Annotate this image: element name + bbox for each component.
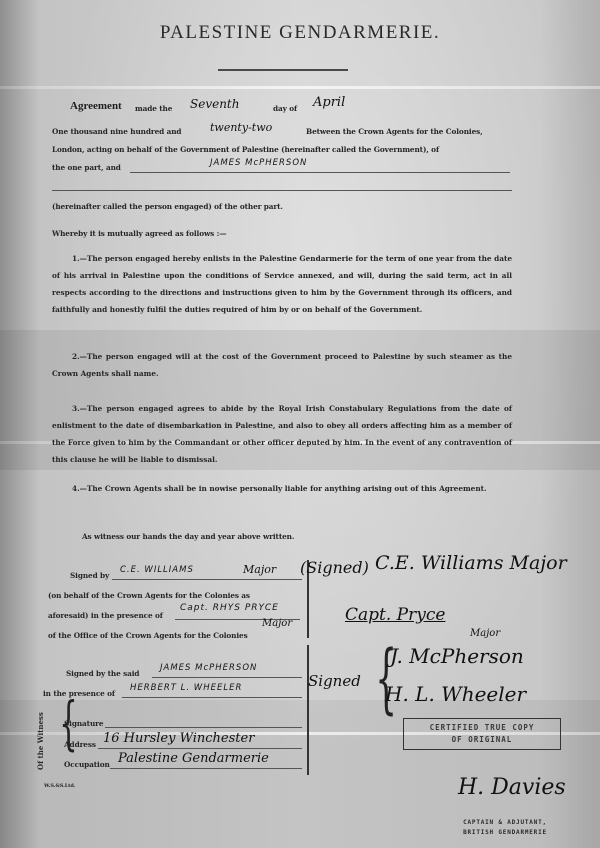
year-prefix-text: One thousand nine hundred and (52, 127, 181, 136)
clause-text: The person engaged agrees to abide by th… (52, 404, 512, 464)
clause-3: 3.—The person engaged agrees to abide by… (52, 400, 512, 468)
title-rule (218, 69, 348, 71)
signature-pryce: Capt. Pryce (345, 605, 445, 625)
agreement-label: Agreement (70, 100, 122, 112)
signed-by-rank: Major (243, 563, 276, 576)
between-text: Between the Crown Agents for the Colonie… (306, 127, 483, 136)
signed-by-said-label: Signed by the said (66, 669, 139, 678)
clause-1: 1.—The person engaged hereby enlists in … (52, 250, 512, 318)
in-presence-label: in the presence of (43, 689, 115, 698)
signed-mark-1: (Signed) (300, 558, 369, 577)
blank-line (52, 190, 512, 191)
whereby-text: Whereby it is mutually agreed as follows… (52, 229, 226, 238)
presence-rank: Major (262, 618, 292, 629)
witness-occupation-line (110, 768, 302, 769)
in-presence-value: HERBERT L. WHEELER (130, 683, 242, 693)
clause-text: The person engaged hereby enlists in the… (52, 254, 512, 314)
witness-signature-line (105, 727, 302, 728)
acting-line: London, acting on behalf of the Governme… (52, 145, 439, 154)
certifier-signature: H. Davies (458, 775, 566, 800)
witness-address-line (98, 748, 302, 749)
signature-wheeler: H. L. Wheeler (385, 682, 526, 706)
clause-number: 4.— (72, 484, 87, 493)
certified-stamp: CERTIFIED TRUE COPY OF ORIGINAL (403, 718, 561, 750)
document-title: PALESTINE GENDARMERIE. (0, 22, 600, 44)
witness-side-label: Of the Witness (36, 712, 45, 770)
behalf-line-2: aforesaid) in the presence of (48, 611, 163, 620)
document-page: PALESTINE GENDARMERIE. Agreement made th… (0, 0, 600, 848)
person-handwritten: JAMES McPHERSON (210, 158, 307, 168)
signed-by-said-line (152, 677, 302, 678)
signed-mark-2: Signed (308, 672, 361, 690)
day-handwritten: Seventh (190, 97, 239, 111)
witness-line: As witness our hands the day and year ab… (82, 532, 294, 541)
certifier-title-2: BRITISH GENDARMERIE (430, 829, 580, 836)
month-handwritten: April (313, 95, 345, 110)
signed-by-line (112, 579, 302, 580)
person-name-line (130, 172, 510, 173)
signed-by-label: Signed by (70, 571, 109, 580)
stamp-line-2: OF ORIGINAL (404, 734, 560, 746)
divider-line (307, 645, 309, 775)
witness-address-value: 16 Hursley Winchester (103, 731, 254, 746)
clause-text: The Crown Agents shall be in nowise pers… (87, 484, 487, 493)
hereinafter-text: (hereinafter called the person engaged) … (52, 202, 283, 211)
one-part-text: the one part, and (52, 163, 121, 172)
certifier-title-1: CAPTAIN & ADJUTANT, (430, 819, 580, 826)
clause-2: 2.—The person engaged will at the cost o… (52, 348, 512, 382)
clause-number: 1.— (72, 254, 87, 263)
presence-value: Capt. RHYS PRYCE (180, 603, 279, 613)
clause-number: 3.— (72, 404, 87, 413)
witness-occupation-value: Palestine Gendarmerie (118, 751, 269, 766)
clause-4: 4.—The Crown Agents shall be in nowise p… (52, 480, 512, 497)
year-handwritten: twenty-two (210, 121, 272, 134)
made-the-text: made the (135, 104, 172, 113)
witness-signature-label: Signature (64, 719, 103, 728)
office-line: of the Office of the Crown Agents for th… (48, 631, 248, 640)
paper-fold (0, 86, 600, 89)
in-presence-line (122, 697, 302, 698)
signed-by-value: C.E. WILLIAMS (120, 565, 194, 575)
witness-address-label: Address (64, 740, 96, 749)
day-of-text: day of (273, 104, 297, 113)
signed-by-said-value: JAMES McPHERSON (160, 663, 257, 673)
behalf-line-1: (on behalf of the Crown Agents for the C… (48, 591, 250, 600)
clause-number: 2.— (72, 352, 87, 361)
printer-mark: W.S.&S.Ltd. (44, 783, 75, 789)
signature-williams: C.E. Williams Major (375, 552, 567, 574)
witness-occupation-label: Occupation (64, 760, 110, 769)
clause-text: The person engaged will at the cost of t… (52, 352, 512, 378)
signature-pryce-rank: Major (470, 628, 500, 639)
signature-mcpherson: J. McPherson (390, 644, 524, 668)
stamp-line-1: CERTIFIED TRUE COPY (404, 722, 560, 734)
